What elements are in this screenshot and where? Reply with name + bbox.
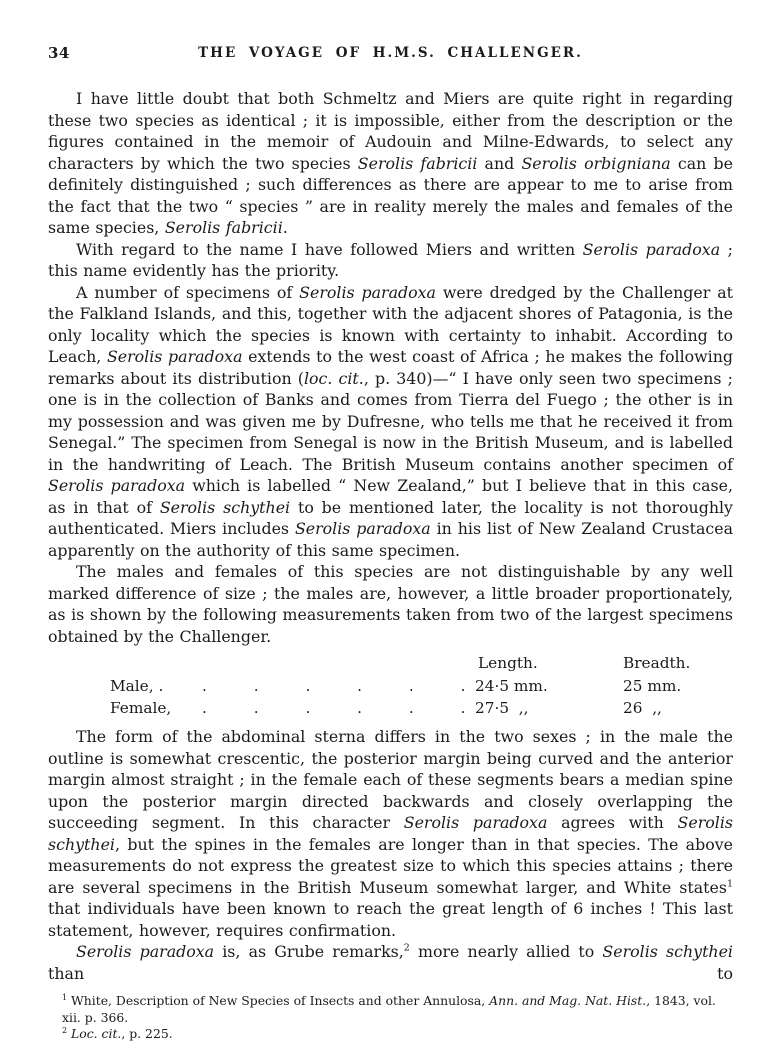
footnote-text: Loc. cit., p. 225. (67, 1026, 173, 1041)
paragraph: A number of specimens of Serolis paradox… (48, 282, 733, 562)
table-row: Male, . . . . . . . 24·5 mm. 25 mm. (110, 675, 733, 697)
running-title: THE VOYAGE OF H.M.S. CHALLENGER. (48, 45, 733, 61)
measurements-table: Length. Breadth. Male, . . . . . . . 24·… (110, 652, 733, 719)
row-label-male: Male, . (110, 675, 202, 697)
footnote: 2 Loc. cit., p. 225. (62, 1026, 733, 1043)
row-label-female: Female, (110, 697, 202, 719)
footnote-text: White, Description of New Species of Ins… (62, 993, 716, 1025)
paragraph: The form of the abdominal sterna differs… (48, 726, 733, 941)
column-header-breadth: Breadth. (620, 652, 733, 674)
length-value: 27·5 ,, (470, 697, 620, 719)
footnote: 1 White, Description of New Species of I… (62, 993, 733, 1026)
breadth-value: 26 ,, (620, 697, 733, 719)
length-value: 24·5 mm. (470, 675, 620, 697)
footnotes: 1 White, Description of New Species of I… (62, 993, 733, 1043)
paragraph: With regard to the name I have followed … (48, 239, 733, 282)
paragraph: I have little doubt that both Schmeltz a… (48, 88, 733, 239)
measurements-table-header: Length. Breadth. (110, 652, 733, 674)
paragraph: The males and females of this species ar… (48, 561, 733, 647)
leader-dots: . . . . . . (202, 675, 470, 697)
page-header: 34 THE VOYAGE OF H.M.S. CHALLENGER. (48, 44, 733, 64)
leader-dots: . . . . . . (202, 697, 470, 719)
table-row: Female, . . . . . . 27·5 ,, 26 ,, (110, 697, 733, 719)
column-header-length: Length. (470, 652, 620, 674)
breadth-value: 25 mm. (620, 675, 733, 697)
paragraph: Serolis paradoxa is, as Grube remarks,2 … (48, 941, 733, 984)
body-text: I have little doubt that both Schmeltz a… (48, 88, 733, 984)
book-page: 34 THE VOYAGE OF H.M.S. CHALLENGER. I ha… (0, 0, 776, 1050)
